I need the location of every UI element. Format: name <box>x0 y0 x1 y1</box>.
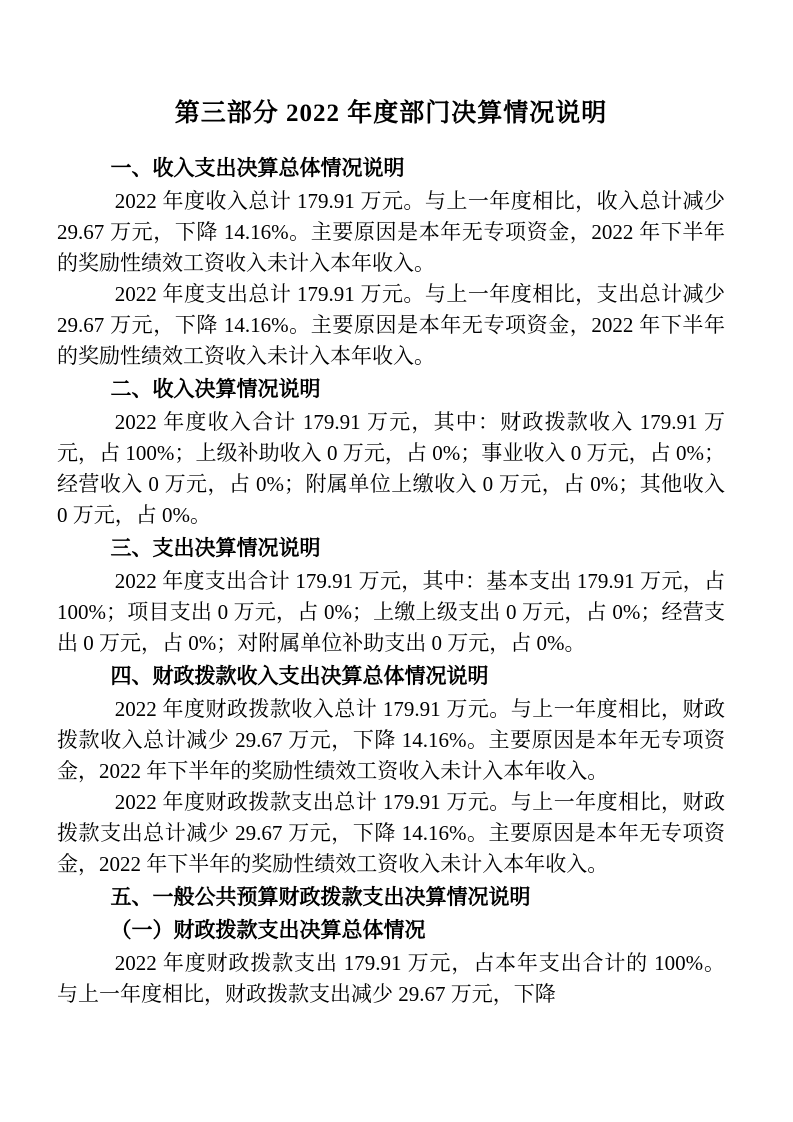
document-body: 一、收入支出决算总体情况说明2022 年度收入总计 179.91 万元。与上一年… <box>57 153 725 1010</box>
body-paragraph: 2022 年度支出总计 179.91 万元。与上一年度相比，支出总计减少 29.… <box>57 279 725 372</box>
section-heading: 一、收入支出决算总体情况说明 <box>57 153 725 184</box>
section-heading: 二、收入决算情况说明 <box>57 374 725 405</box>
section-heading: 五、一般公共预算财政拨款支出决算情况说明 <box>57 882 725 913</box>
body-paragraph: 2022 年度财政拨款支出总计 179.91 万元。与上一年度相比，财政拨款支出… <box>57 787 725 880</box>
section-heading: 三、支出决算情况说明 <box>57 533 725 564</box>
body-paragraph: 2022 年度支出合计 179.91 万元，其中：基本支出 179.91 万元，… <box>57 566 725 659</box>
body-paragraph: 2022 年度财政拨款收入总计 179.91 万元。与上一年度相比，财政拨款收入… <box>57 694 725 787</box>
body-paragraph: 2022 年度收入总计 179.91 万元。与上一年度相比，收入总计减少 29.… <box>57 186 725 279</box>
document-page: 第三部分 2022 年度部门决算情况说明 一、收入支出决算总体情况说明2022 … <box>0 0 793 1122</box>
body-paragraph: 2022 年度收入合计 179.91 万元，其中：财政拨款收入 179.91 万… <box>57 407 725 531</box>
section-subheading: （一）财政拨款支出决算总体情况 <box>57 915 725 946</box>
body-paragraph: 2022 年度财政拨款支出 179.91 万元，占本年支出合计的 100%。与上… <box>57 948 725 1010</box>
document-title: 第三部分 2022 年度部门决算情况说明 <box>57 95 725 132</box>
section-heading: 四、财政拨款收入支出决算总体情况说明 <box>57 661 725 692</box>
